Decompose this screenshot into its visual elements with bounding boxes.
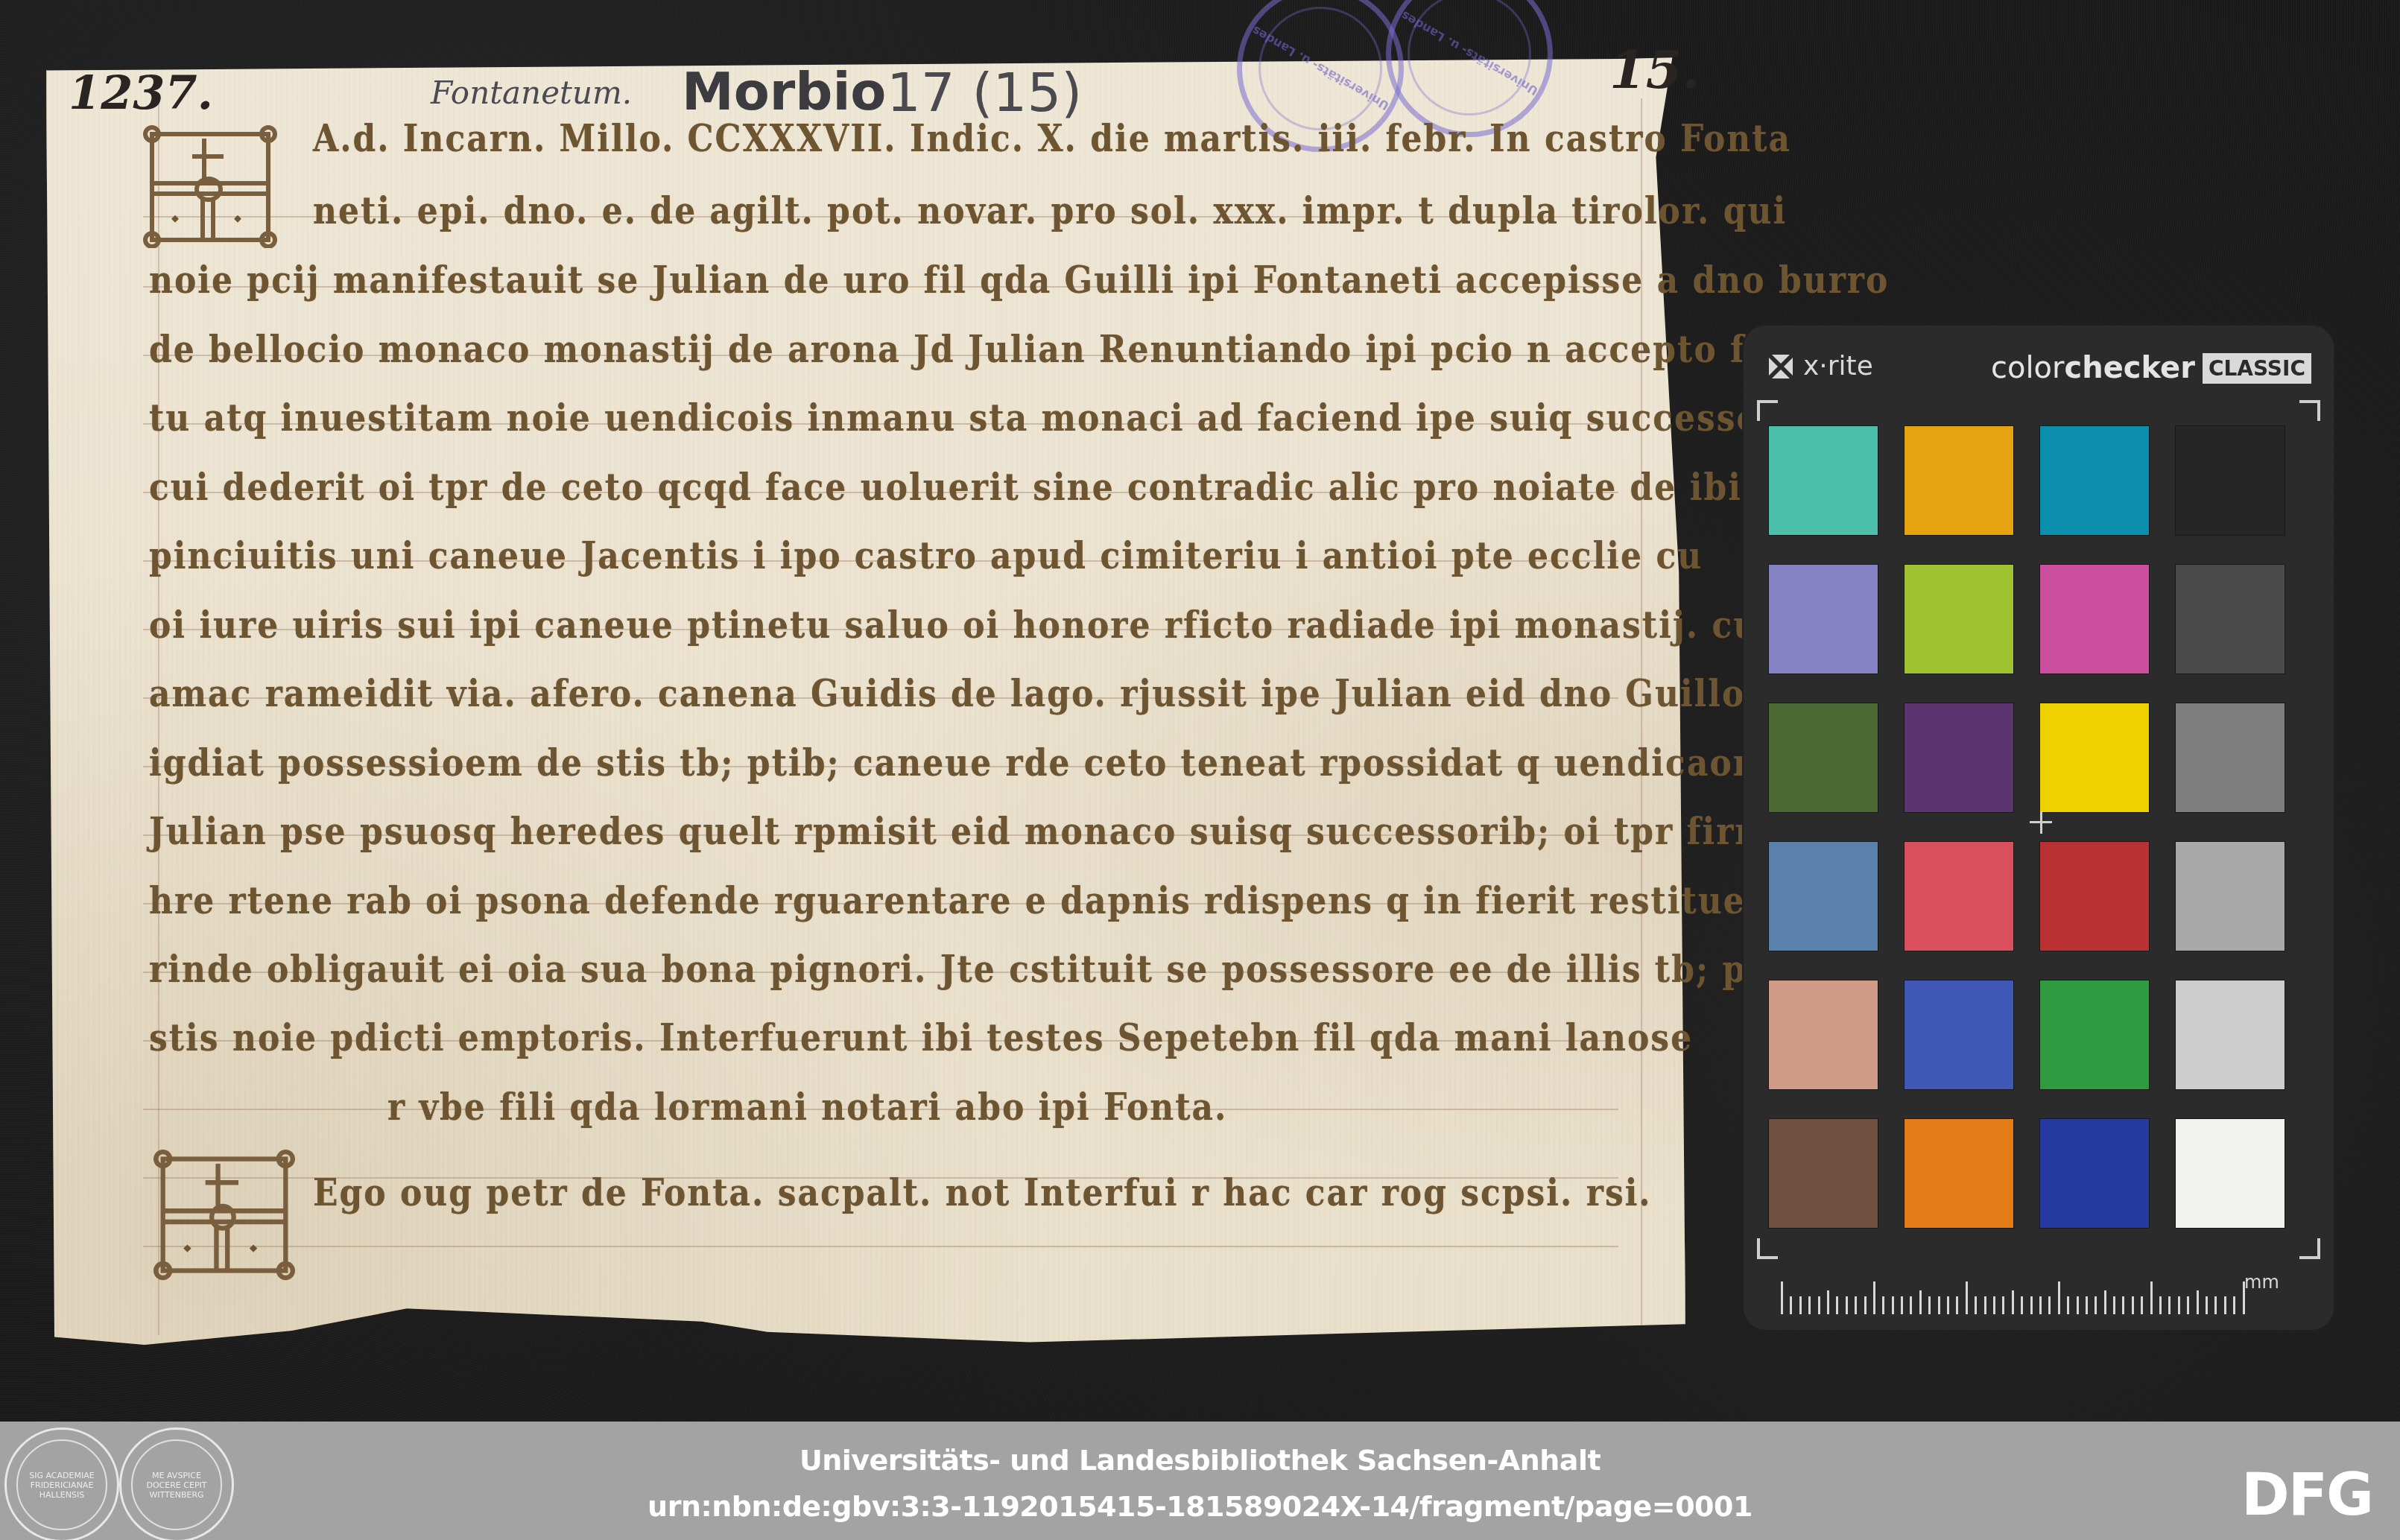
ruler-tick (1984, 1296, 1986, 1314)
ruler-tick (2224, 1296, 2226, 1314)
ruler-tick (1799, 1296, 1802, 1314)
ruler-tick (2141, 1296, 2143, 1314)
patch-black (2176, 426, 2285, 535)
ruler-tick (2132, 1296, 2134, 1314)
ruler-unit: mm (2244, 1272, 2279, 1293)
patch-dark-skin (1769, 1119, 1878, 1228)
ruler-tick (1882, 1296, 1884, 1314)
ruler-tick (1938, 1296, 1940, 1314)
ruler-tick (2197, 1290, 2199, 1314)
manuscript-line: de bellocio monaco monastij de arona Jd … (149, 328, 1959, 372)
manuscript-line: rinde obligauit ei oia sua bona pignori.… (149, 948, 1815, 992)
ruler-tick (2012, 1290, 2014, 1314)
ruler-tick (2214, 1296, 2217, 1314)
patch-light-skin (1769, 980, 1878, 1089)
patch-orange (1905, 1119, 2013, 1228)
manuscript-line: oi iure uiris sui ipi caneue ptinetu sal… (149, 603, 1875, 647)
ruling-line (143, 1246, 1618, 1247)
shelf-mark: 17 (15) (887, 61, 1082, 124)
manuscript-line: tu atq inuestitam noie uendicois inmanu … (149, 396, 1821, 440)
library-footer: SIG ACADEMIAE FRIDERICIANAE HALLENSIS ME… (0, 1422, 2400, 1540)
ruler-tick (1781, 1281, 1783, 1314)
patch-neutral-5 (2176, 703, 2285, 812)
ruler-tick (1919, 1290, 1922, 1314)
ruler-tick (2122, 1296, 2124, 1314)
colorchecker-card: x·rite colorchecker CLASSIC mm (1744, 326, 2334, 1330)
ruler-tick (2113, 1296, 2115, 1314)
mm-ruler (1781, 1281, 2252, 1314)
ruler-tick (1966, 1281, 1968, 1314)
patch-neutral-8 (2176, 980, 2285, 1089)
ruler-tick (1836, 1296, 1838, 1314)
ruler-tick (1928, 1296, 1931, 1314)
dfg-logo: DFG (2241, 1462, 2372, 1529)
patch-neutral-6-5 (2176, 842, 2285, 951)
registration-corner (2299, 1238, 2320, 1259)
ruler-tick (2206, 1296, 2208, 1314)
classic-badge: CLASSIC (2203, 353, 2311, 384)
ruler-tick (1790, 1296, 1792, 1314)
ruler-tick (2067, 1296, 2069, 1314)
ruler-tick (1873, 1281, 1875, 1314)
urn-link[interactable]: urn:nbn:de:gbv:3:3-1192015415-181589024X… (0, 1490, 2400, 1523)
ruler-tick (1864, 1296, 1867, 1314)
notary-subscription-line: Ego oug petr de Fonta. sacpalt. not Inte… (313, 1171, 1652, 1215)
notarial-signum-icon (153, 1147, 295, 1281)
year-annotation: 1237. (69, 66, 213, 120)
ruler-tick (2021, 1296, 2023, 1314)
ruler-tick (2058, 1281, 2060, 1314)
patch-white (2176, 1119, 2285, 1228)
archive-label: Morbio (682, 61, 886, 122)
manuscript-line: neti. epi. dno. e. de agilt. pot. novar.… (313, 189, 1787, 233)
ruler-tick (2150, 1281, 2153, 1314)
institution-name: Universitäts- und Landesbibliothek Sachs… (0, 1444, 2400, 1477)
registration-corner (1757, 1238, 1778, 1259)
ruler-tick (1910, 1296, 1912, 1314)
ruler-tick (2168, 1296, 2171, 1314)
patch-blue-sky (1769, 842, 1878, 951)
manuscript-line: pinciuitis uni caneue Jacentis i ipo cas… (149, 534, 1703, 578)
ruler-tick (2030, 1296, 2033, 1314)
patch-magenta (2040, 565, 2149, 674)
patch-moderate-red (1905, 842, 2013, 951)
manuscript-line: noie pcij manifestauit se Julian de uro … (149, 259, 1889, 302)
patch-neutral-3-5 (2176, 565, 2285, 674)
patch-yellow (2040, 703, 2149, 812)
ruler-tick (1808, 1296, 1811, 1314)
patch-purple (1905, 703, 2013, 812)
title-light: color (1991, 351, 2065, 385)
color-patch-grid (1769, 426, 2285, 1228)
patch-bluish-green (1769, 426, 1878, 535)
ruler-tick (2002, 1296, 2004, 1314)
ruler-tick (2095, 1296, 2097, 1314)
place-annotation: Fontanetum. (431, 75, 632, 111)
patch-yellow-green (1905, 565, 2013, 674)
ruler-tick (1947, 1296, 1949, 1314)
ruler-tick (1901, 1296, 1903, 1314)
ruler-tick (1818, 1296, 1820, 1314)
manuscript-line: amac rameidit via. afero. canena Guidis … (149, 672, 1800, 716)
registration-corner (2299, 400, 2320, 421)
patch-blue (1905, 980, 2013, 1089)
manuscript-line: cui dederit oi tpr de ceto qcqd face uol… (149, 466, 1875, 510)
registration-corner (1757, 400, 1778, 421)
patch-foliage (1769, 703, 1878, 812)
manuscript-line: Julian pse psuosq heredes quelt rpmisit … (149, 810, 1906, 854)
manuscript-line: igdiat possessioem de stis tb; ptib; can… (149, 741, 1915, 785)
notarial-signum-icon (143, 125, 277, 248)
ruler-tick (2048, 1296, 2051, 1314)
ruler-tick (2187, 1296, 2189, 1314)
manuscript-line: r vbe fili qda lormani notari abo ipi Fo… (387, 1086, 1227, 1129)
colorchecker-title: colorchecker CLASSIC (1991, 351, 2311, 385)
ruler-tick (1993, 1296, 1995, 1314)
manuscript-line: hre rtene rab oi psona defende rguarenta… (149, 879, 1829, 923)
patch-blue-flower (1769, 565, 1878, 674)
patch-cyan (2040, 426, 2149, 535)
folio-number: 15. (1609, 39, 1700, 101)
title-bold: checker (2064, 351, 2194, 385)
patch-green (2040, 980, 2149, 1089)
ruler-tick (2086, 1296, 2088, 1314)
crosshair-icon (2030, 811, 2052, 834)
patch-orange-yellow (1905, 426, 2013, 535)
ruler-tick (1975, 1296, 1977, 1314)
xrite-logo: x·rite (1766, 351, 1873, 381)
manuscript-line: stis noie pdicti emptoris. Interfuerunt … (149, 1016, 1693, 1060)
ruler-tick (2077, 1296, 2079, 1314)
ruler-tick (1846, 1296, 1848, 1314)
manuscript-line: A.d. Incarn. Millo. CCXXXVII. Indic. X. … (313, 117, 1791, 161)
ruler-tick (2039, 1296, 2042, 1314)
ruler-tick (2159, 1296, 2162, 1314)
ruler-tick (1855, 1296, 1857, 1314)
patch-red (2040, 842, 2149, 951)
xrite-brand: x·rite (1803, 351, 1873, 381)
ruler-tick (2178, 1296, 2180, 1314)
ruler-tick (1956, 1296, 1958, 1314)
patch-blue-primary (2040, 1119, 2149, 1228)
ruler-tick (2233, 1296, 2235, 1314)
ruler-tick (2104, 1290, 2106, 1314)
xrite-mark-icon (1766, 352, 1796, 381)
ruler-tick (1827, 1290, 1829, 1314)
ruler-tick (1892, 1296, 1894, 1314)
